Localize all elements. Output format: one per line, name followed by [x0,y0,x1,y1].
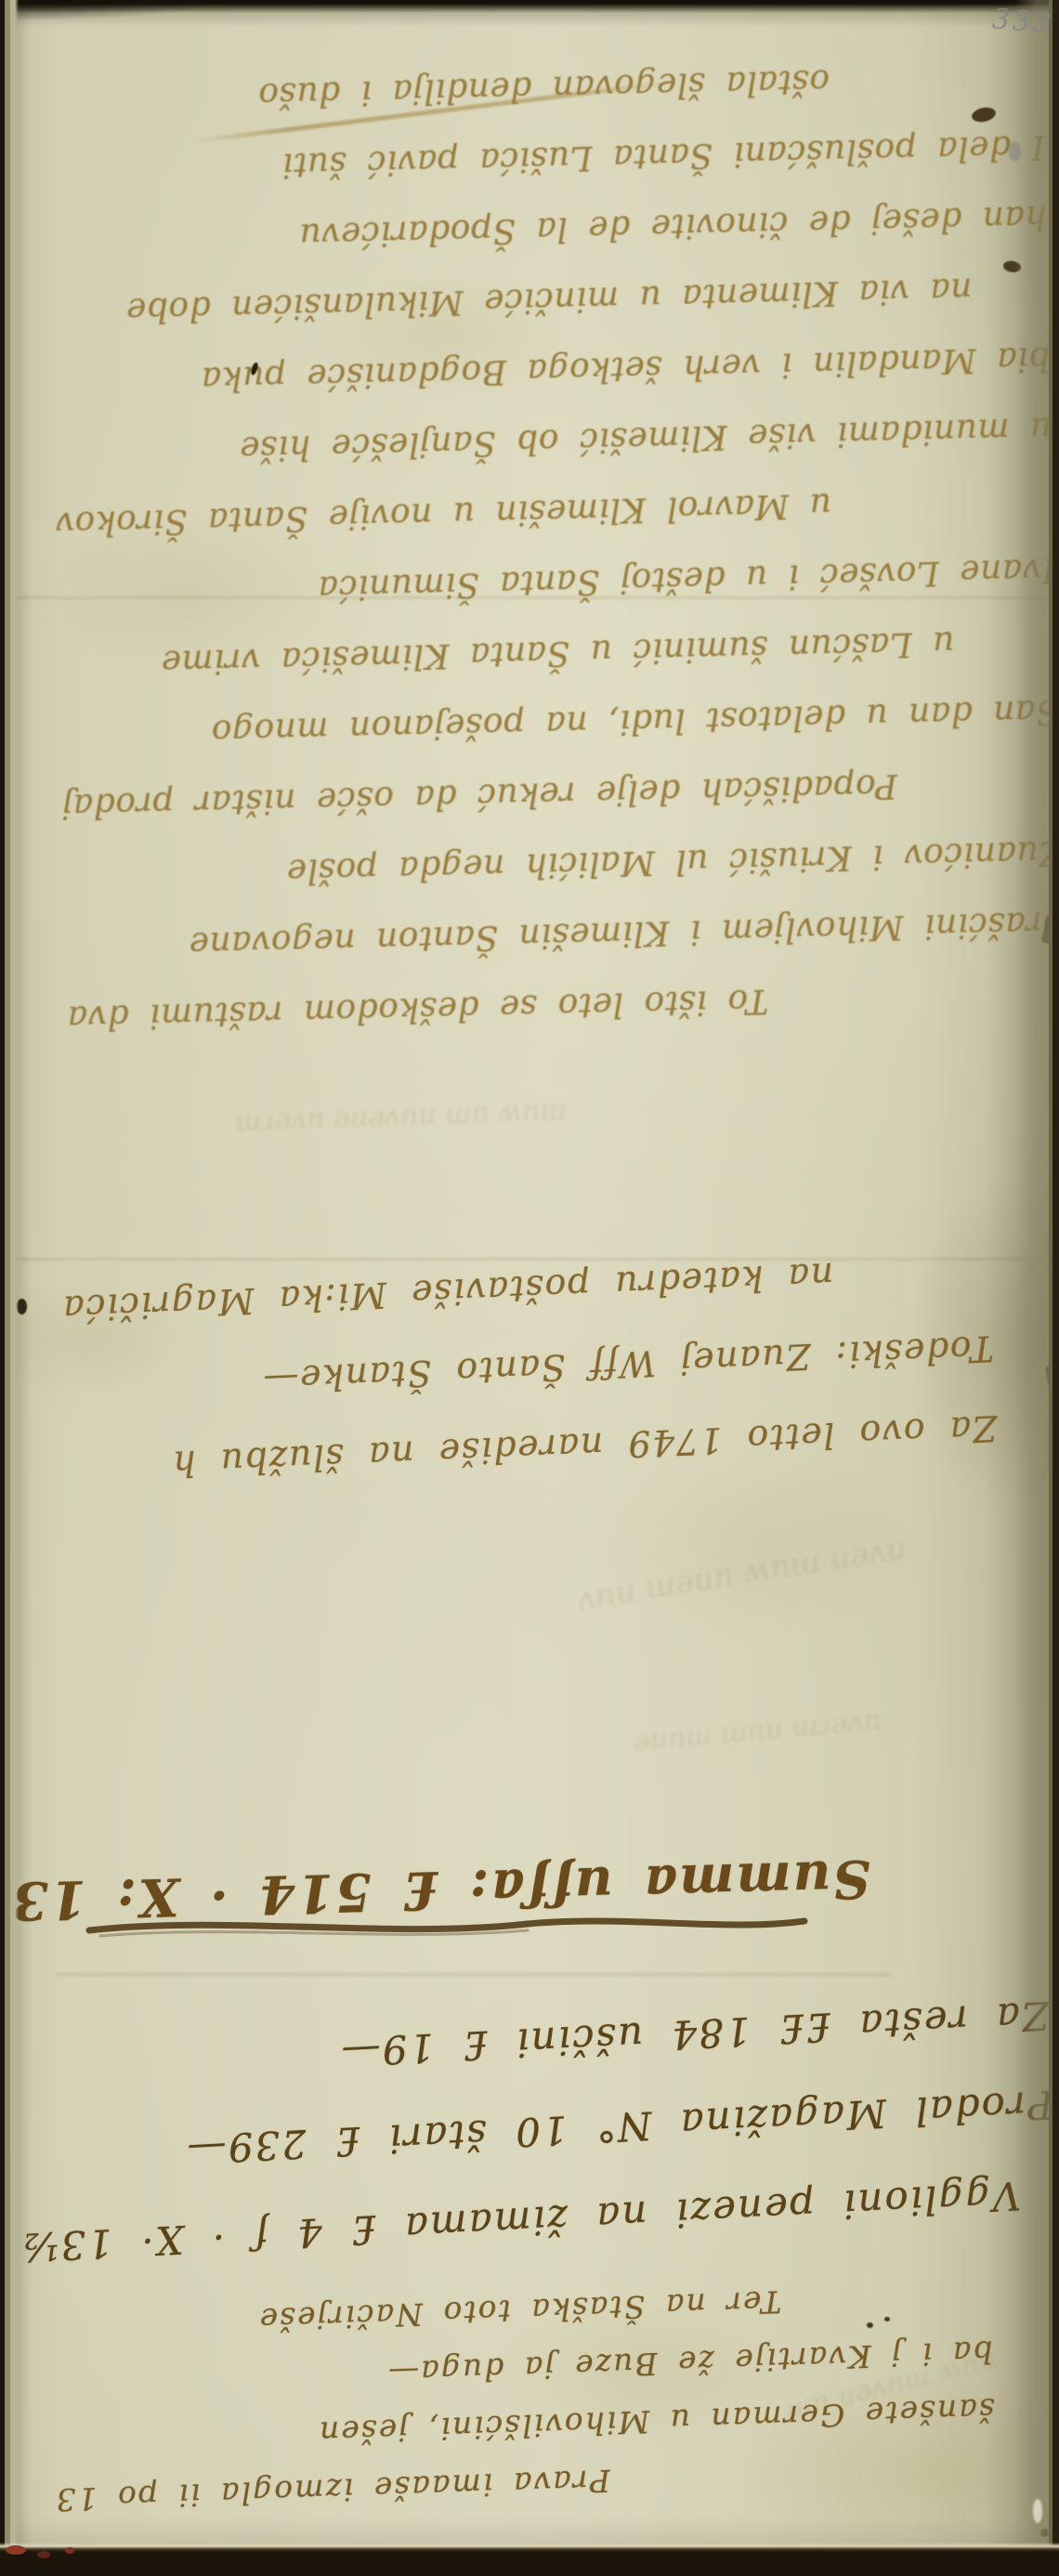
manuscript-page: muw um nuvene uverm nven muw unem nuv uv… [0,0,1059,2576]
page-right-edge [1014,0,1059,2576]
ink-blot [884,2317,890,2321]
handwritten-block-appointment: Za ovo letto 1749 narediše na šlužbu h T… [60,1226,999,1508]
handwritten-block-accounts: Vgglioni penezi na žimama £ 4 ſ · X· 13½… [7,1968,1059,2292]
corner-fleck [37,2551,50,2558]
page-top-left-shadow [0,0,297,28]
showthrough-mark: uverm num mune [399,1706,882,1781]
corner-fleck [65,2547,74,2554]
folio-number: 333 [991,3,1059,41]
summa-underline-flourish [82,1904,816,1947]
showthrough-mark: nven muw unem nuv [317,1533,909,1663]
paper-crease [56,1973,892,1976]
showthrough-mark: muw um nuvene uverm [84,1097,568,1146]
handwritten-block-footer: Prava imaaše izmogla ii po 13 šanšete Ge… [47,2261,998,2528]
edge-drip-highlight [1033,2499,1042,2523]
corner-fleck [6,2545,26,2555]
ink-blot [867,2322,873,2328]
page-bottom-edge [0,2543,1059,2576]
binding-edge [0,0,19,2576]
handwritten-block-main: To išto leto se deškodom raštumi dva bra… [44,36,1059,1053]
